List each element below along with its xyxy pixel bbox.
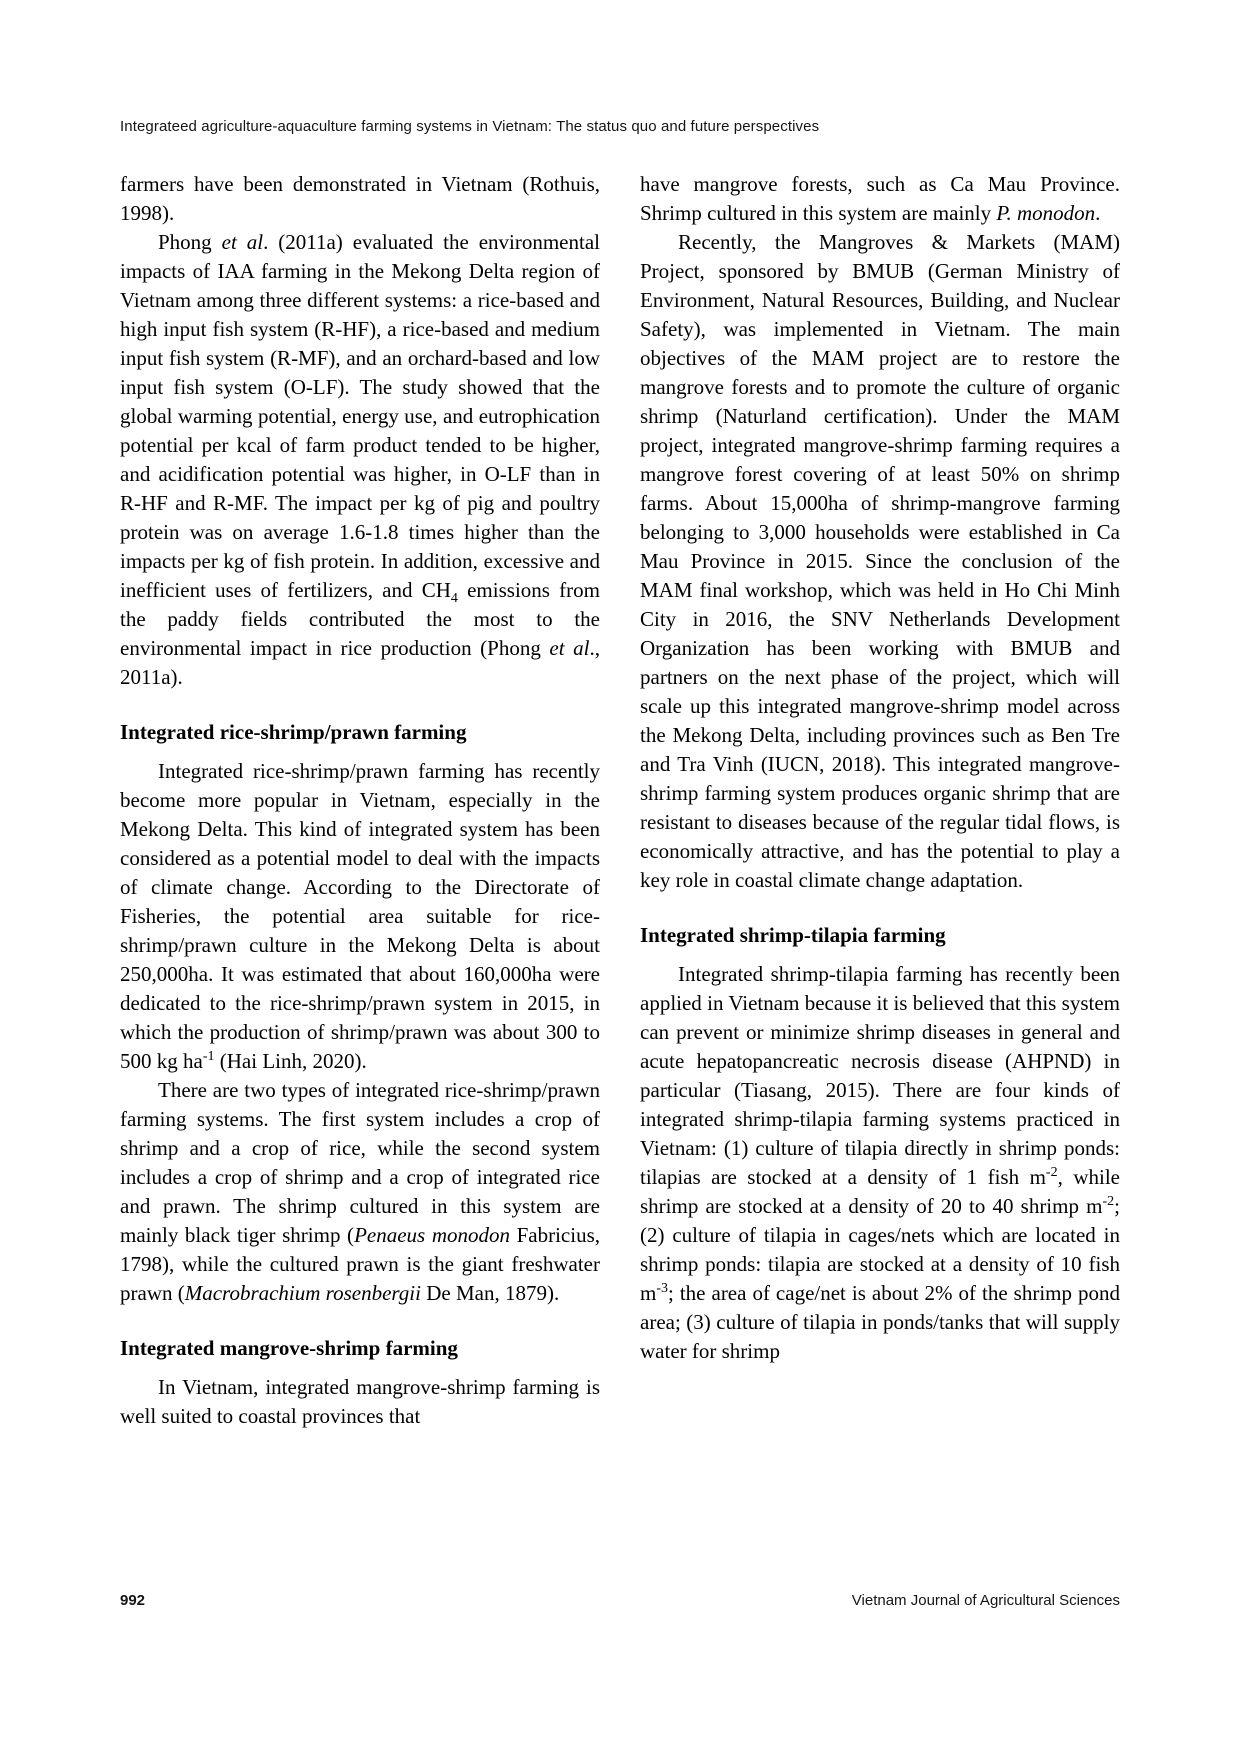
right-column: have mangrove forests, such as Ca Mau Pr… <box>640 170 1120 1431</box>
two-column-content: farmers have been demonstrated in Vietna… <box>120 170 1120 1431</box>
section-heading: Integrated shrimp-tilapia farming <box>640 921 1120 950</box>
section-heading: Integrated mangrove-shrimp farming <box>120 1334 600 1363</box>
paragraph: Phong et al. (2011a) evaluated the envir… <box>120 228 600 692</box>
section-heading: Integrated rice-shrimp/prawn farming <box>120 718 600 747</box>
page-number: 992 <box>120 1592 145 1609</box>
paragraph: Recently, the Mangroves & Markets (MAM) … <box>640 228 1120 895</box>
paragraph: In Vietnam, integrated mangrove-shrimp f… <box>120 1373 600 1431</box>
paper-page: Integrateed agriculture-aquaculture farm… <box>0 0 1240 1754</box>
paragraph: farmers have been demonstrated in Vietna… <box>120 170 600 228</box>
paragraph: Integrated shrimp-tilapia farming has re… <box>640 960 1120 1366</box>
journal-name: Vietnam Journal of Agricultural Sciences <box>852 1592 1120 1609</box>
paragraph: Integrated rice-shrimp/prawn farming has… <box>120 757 600 1076</box>
running-head: Integrateed agriculture-aquaculture farm… <box>120 118 1120 135</box>
paragraph: have mangrove forests, such as Ca Mau Pr… <box>640 170 1120 228</box>
left-column: farmers have been demonstrated in Vietna… <box>120 170 600 1431</box>
page-footer: 992 Vietnam Journal of Agricultural Scie… <box>120 1592 1120 1609</box>
paragraph: There are two types of integrated rice-s… <box>120 1076 600 1308</box>
